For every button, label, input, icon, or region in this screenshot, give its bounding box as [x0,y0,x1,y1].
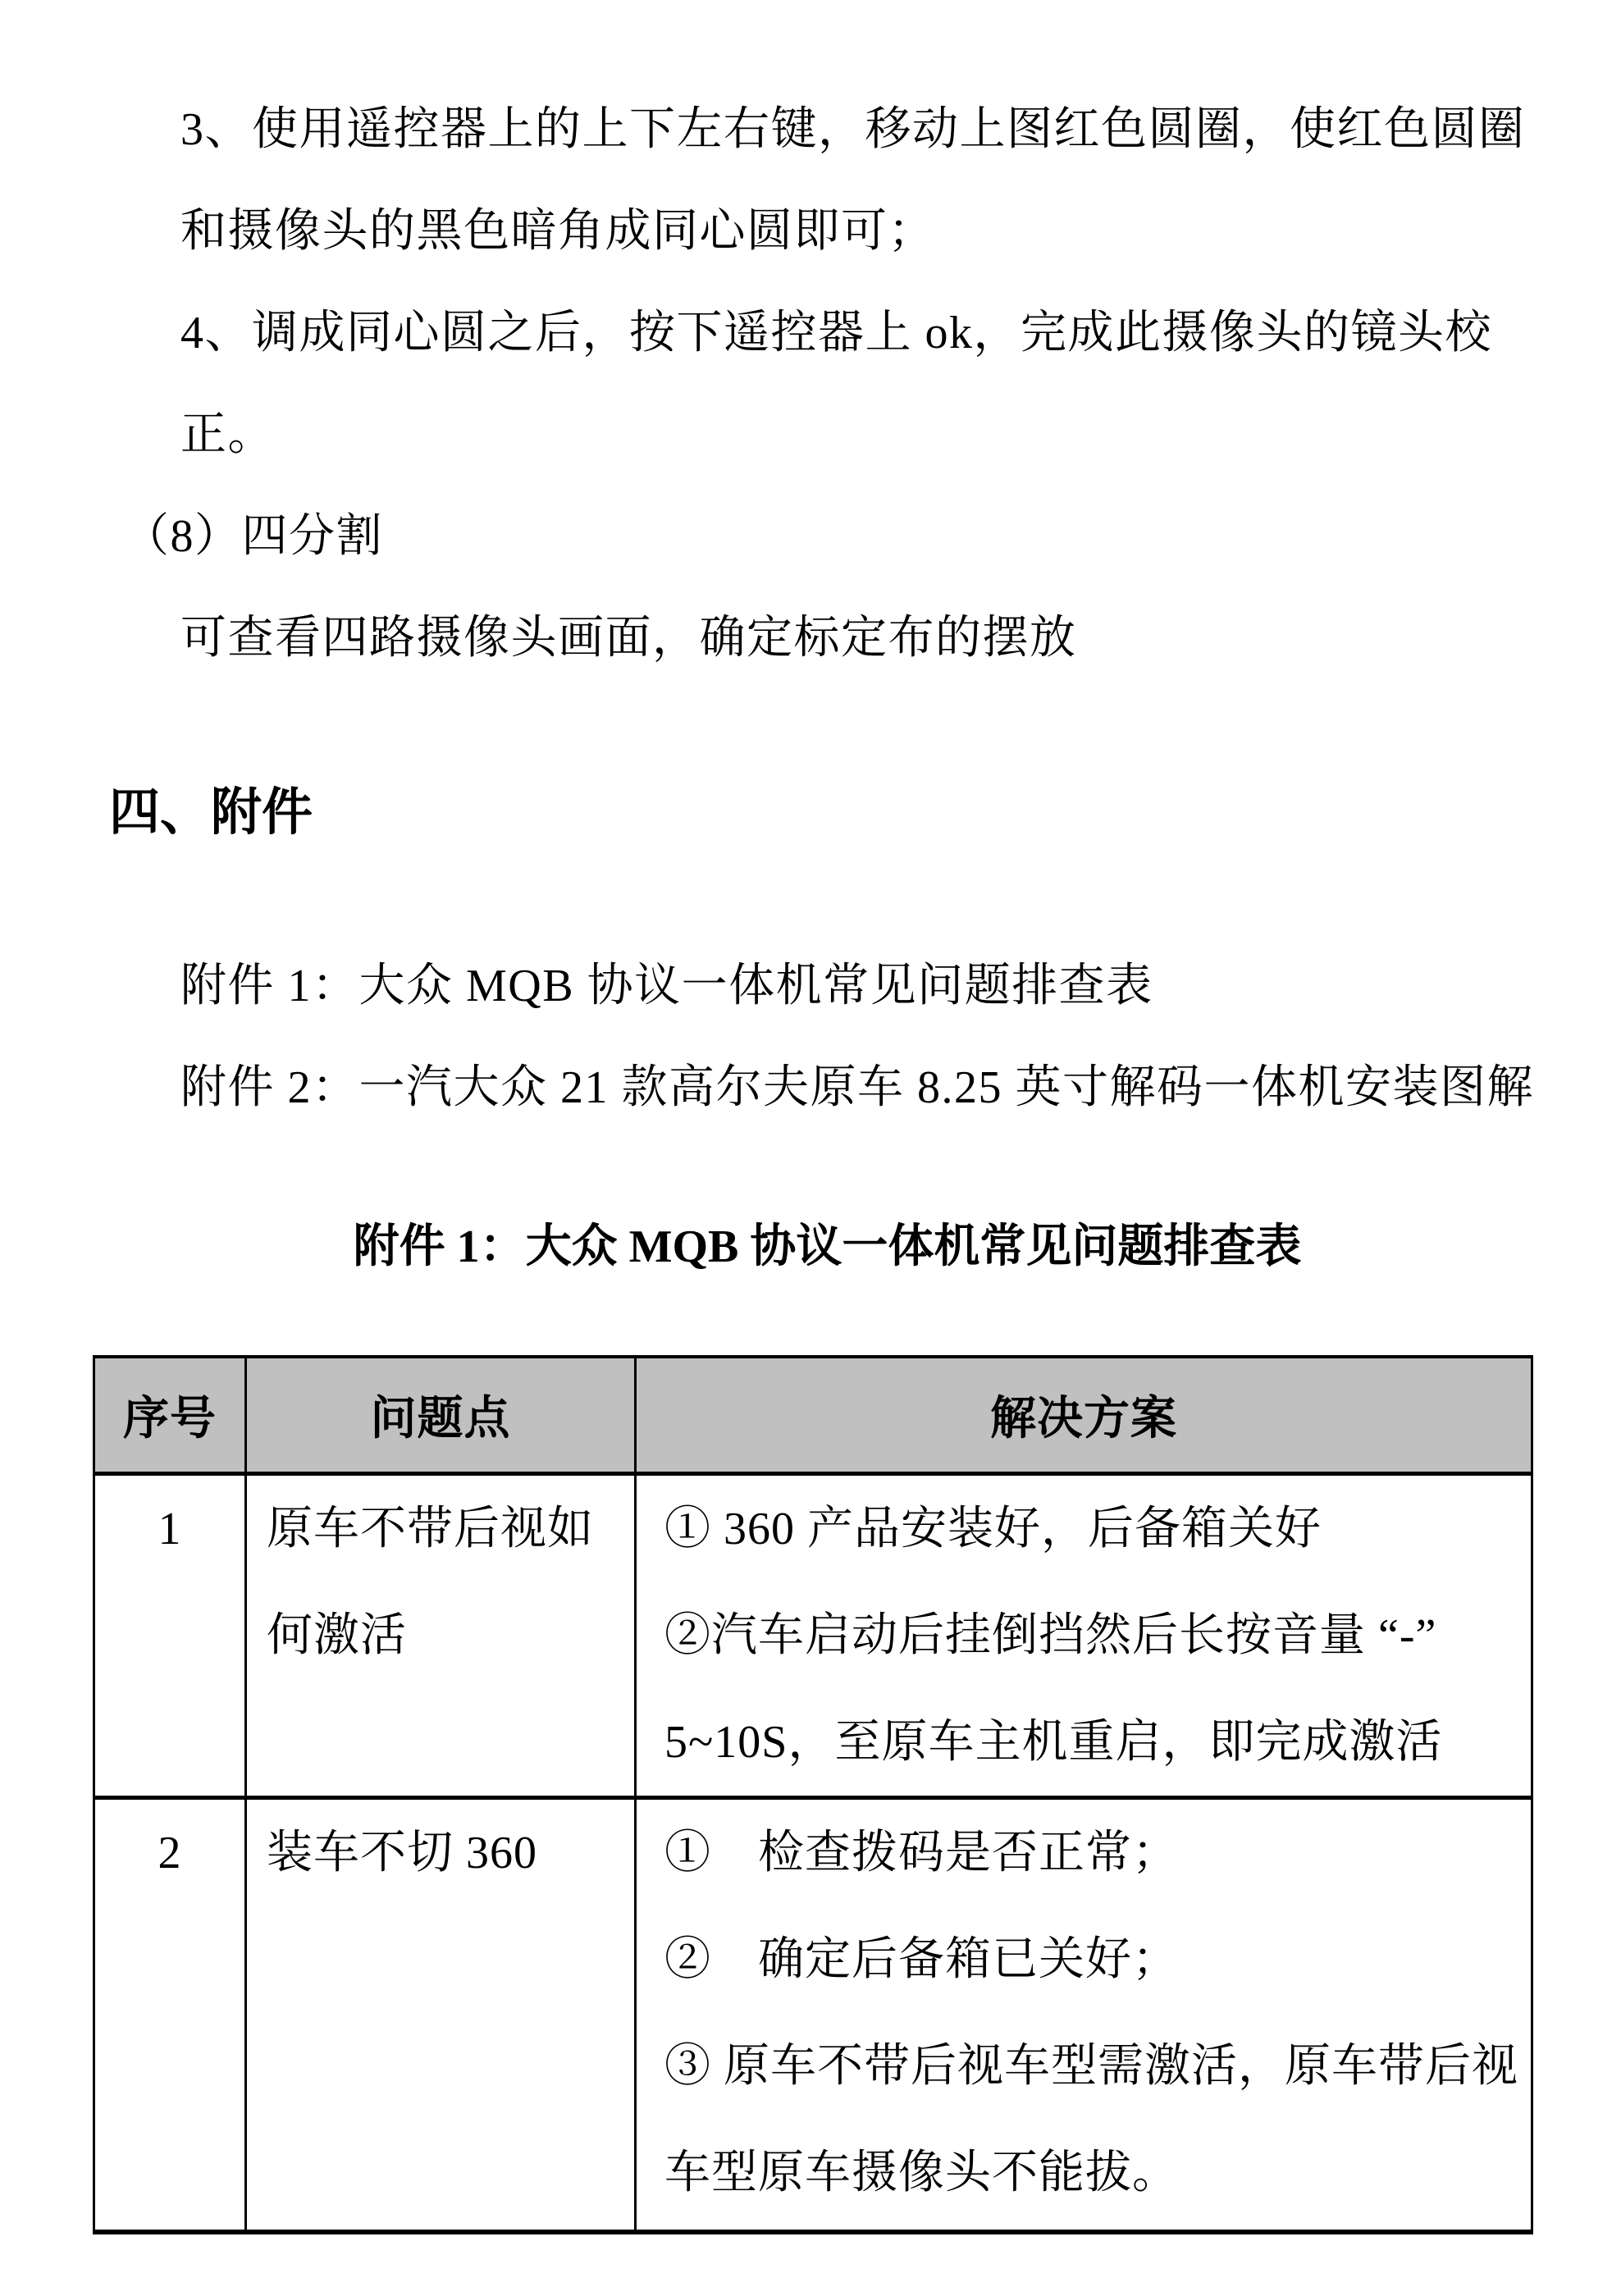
solution-line: ① 检查拨码是否正常； [637,1800,1531,1906]
step3-line1: 3、使用遥控器上的上下左右键，移动上图红色圆圈，使红色圆圈 [93,79,1531,180]
item8-heading: （8）四分割 [93,486,1531,587]
row-number-cell: 2 [94,1798,246,2233]
table-header-row: 序号 问题点 解决方案 [94,1357,1532,1474]
header-cell-problem: 问题点 [246,1357,636,1474]
solution-cell: ① 检查拨码是否正常； ② 确定后备箱已关好； ③ 原车不带后视车型需激活，原车… [636,1798,1532,2233]
header-cell-solution: 解决方案 [636,1357,1532,1474]
row-number-cell: 1 [94,1474,246,1798]
solution-line: 车型原车摄像头不能拔。 [637,2120,1531,2226]
problem-line: 装车不切 360 [247,1800,634,1906]
solution-line: ②汽车启动后挂倒挡然后长按音量 “-” [637,1582,1531,1689]
table-row: 1 原车不带后视如 何激活 ① 360 产品安装好，后备箱关好 ②汽车启动后挂倒… [94,1474,1532,1798]
issues-table: 序号 问题点 解决方案 1 原车不带后视如 何激活 ① 360 产品安装好，后备… [93,1355,1533,2234]
step4-line2: 正。 [93,384,1531,486]
item8-description: 可查看四路摄像头画面，确定标定布的摆放 [93,587,1531,689]
table-row: 2 装车不切 360 ① 检查拨码是否正常； ② 确定后备箱已关好； ③ 原车不… [94,1798,1532,2233]
row-number: 1 [95,1476,244,1582]
solution-line: ① 360 产品安装好，后备箱关好 [637,1476,1531,1582]
solution-line: 5~10S，至原车主机重启，即完成激活 [637,1689,1531,1796]
step3-line2: 和摄像头的黑色暗角成同心圆即可； [93,180,1531,282]
document-page: 3、使用遥控器上的上下左右键，移动上图红色圆圈，使红色圆圈 和摄像头的黑色暗角成… [0,0,1621,2296]
step4-line1: 4、调成同心圆之后，按下遥控器上 ok，完成此摄像头的镜头校 [93,282,1531,384]
problem-line: 原车不带后视如 [247,1476,634,1582]
problem-line: 何激活 [247,1582,634,1689]
solution-cell: ① 360 产品安装好，后备箱关好 ②汽车启动后挂倒挡然后长按音量 “-” 5~… [636,1474,1532,1798]
header-cell-number: 序号 [94,1357,246,1474]
problem-cell: 原车不带后视如 何激活 [246,1474,636,1798]
section-title: 四、附件 [93,751,1531,874]
table-title: 附件 1：大众 MQB 协议一体机常见问题排查表 [93,1196,1531,1298]
attachment-list-item-1: 附件 1：大众 MQB 协议一体机常见问题排查表 [93,935,1531,1037]
solution-line: ② 确定后备箱已关好； [637,1906,1531,2013]
solution-line: ③ 原车不带后视车型需激活，原车带后视 [637,2013,1531,2120]
attachment-list-item-2: 附件 2：一汽大众 21 款高尔夫原车 8.25 英寸解码一体机安装图解 [93,1037,1531,1139]
row-number: 2 [95,1800,244,1906]
problem-cell: 装车不切 360 [246,1798,636,2233]
